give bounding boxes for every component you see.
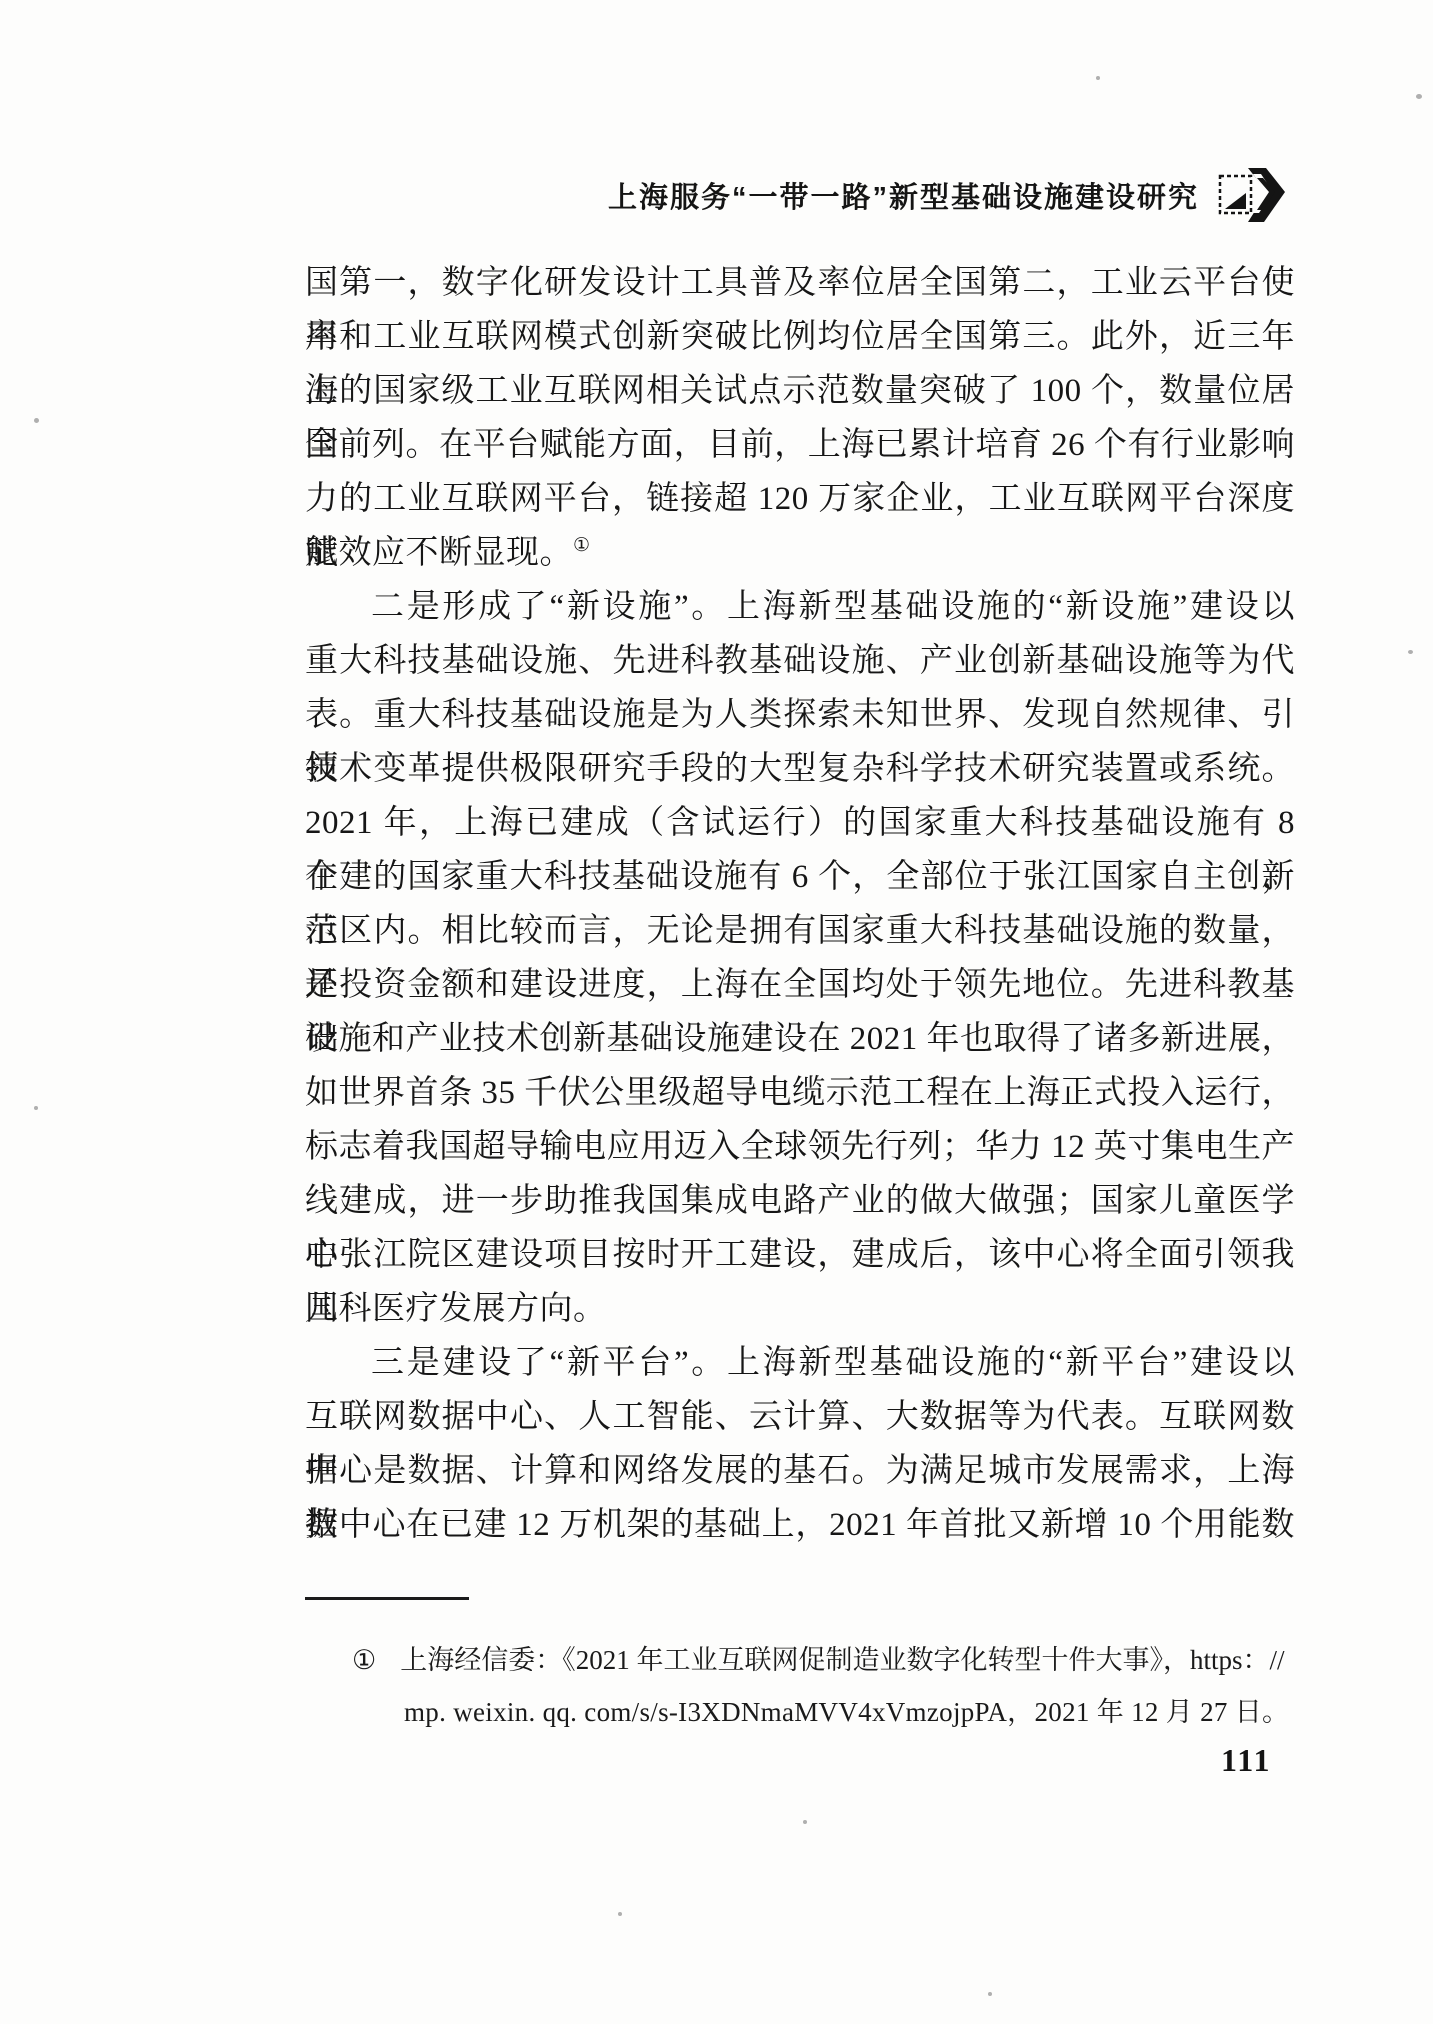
footnote-text-line-2: mp. weixin. qq. com/s/s-I3XDNmaMVV4xVmzo… (404, 1692, 1297, 1732)
body-text-line: 中心是数据、计算和网络发展的基石。为满足城市发展需求，上海数 (305, 1444, 1295, 1498)
body-text-line: 技术变革提供极限研究手段的大型复杂科学技术研究装置或系统。 (305, 742, 1295, 796)
body-text-line: 设施和产业技术创新基础设施建设在 2021 年也取得了诸多新进展， (305, 1012, 1295, 1066)
body-text-line: 线建成，进一步助推我国集成电路产业的做大做强；国家儿童医学中 (305, 1174, 1295, 1228)
body-text-line: 重大科技基础设施、先进科教基础设施、产业创新基础设施等为代 (305, 634, 1295, 688)
body-text-line: 海的国家级工业互联网相关试点示范数量突破了 100 个，数量位居全 (305, 364, 1295, 418)
body-text-line: 是投资金额和建设进度，上海在全国均处于领先地位。先进科教基础 (305, 958, 1295, 1012)
body-text-line: 互联网数据中心、人工智能、云计算、大数据等为代表。互联网数据 (305, 1390, 1295, 1444)
page-number: 111 (1221, 1742, 1271, 1779)
body-text-line: 据中心在已建 12 万机架的基础上，2021 年首批又新增 10 个用能数 (305, 1498, 1295, 1552)
body-text-line: 如世界首条 35 千伏公里级超导电缆示范工程在上海正式投入运行， (305, 1066, 1295, 1120)
body-text-line: 能效应不断显现。① (305, 526, 1295, 580)
scan-speck (34, 418, 39, 423)
scan-speck (988, 1992, 992, 1996)
body-text-line: 2021 年，上海已建成（含试运行）的国家重大科技基础设施有 8 个， (305, 796, 1295, 850)
body-text-line: 心张江院区建设项目按时开工建设，建成后，该中心将全面引领我国 (305, 1228, 1295, 1282)
body-text-line: 力的工业互联网平台，链接超 120 万家企业，工业互联网平台深度赋 (305, 472, 1295, 526)
scan-speck (618, 1912, 622, 1916)
body-text-line: 表。重大科技基础设施是为人类探索未知世界、发现自然规律、引领 (305, 688, 1295, 742)
body-text-line: 国第一，数字化研发设计工具普及率位居全国第二，工业云平台使用 (305, 256, 1295, 310)
scan-speck (1416, 94, 1422, 99)
body-text: 国第一，数字化研发设计工具普及率位居全国第二，工业云平台使用率和工业互联网模式创… (305, 256, 1295, 1552)
footnote-marker: ① (352, 1640, 376, 1680)
footnote-line: ① 上海经信委：《2021 年工业互联网促制造业数字化转型十件大事》，https… (352, 1640, 1297, 1680)
body-text-line: 三是建设了“新平台”。上海新型基础设施的“新平台”建设以 (305, 1336, 1295, 1390)
running-head-title: 上海服务“一带一路”新型基础设施建设研究 (608, 175, 1199, 216)
scan-speck (34, 1106, 38, 1110)
footnote: ① 上海经信委：《2021 年工业互联网促制造业数字化转型十件大事》，https… (305, 1640, 1297, 1732)
footnote-reference-mark: ① (573, 535, 591, 556)
footnote-text-line-1: 上海经信委：《2021 年工业互联网促制造业数字化转型十件大事》，https：/… (400, 1640, 1284, 1680)
running-head: 上海服务“一带一路”新型基础设施建设研究 (608, 166, 1287, 224)
footnote-divider (305, 1597, 469, 1600)
body-text-line: 在建的国家重大科技基础设施有 6 个，全部位于张江国家自主创新示 (305, 850, 1295, 904)
scanned-book-page: 上海服务“一带一路”新型基础设施建设研究 国第一，数字化研发设计工具普及率位居全… (0, 0, 1433, 2024)
body-text-line: 儿科医疗发展方向。 (305, 1282, 1295, 1336)
body-text-line: 标志着我国超导输电应用迈入全球领先行列；华力 12 英寸集电生产 (305, 1120, 1295, 1174)
body-text-line: 率和工业互联网模式创新突破比例均位居全国第三。此外，近三年上 (305, 310, 1295, 364)
body-text-line: 国前列。在平台赋能方面，目前，上海已累计培育 26 个有行业影响 (305, 418, 1295, 472)
scan-speck (803, 1820, 807, 1824)
body-text-line: 范区内。相比较而言，无论是拥有国家重大科技基础设施的数量，还 (305, 904, 1295, 958)
body-text-line: 二是形成了“新设施”。上海新型基础设施的“新设施”建设以 (305, 580, 1295, 634)
scan-speck (1408, 650, 1413, 654)
scan-speck (1096, 76, 1100, 80)
arrow-flag-icon (1217, 166, 1287, 224)
